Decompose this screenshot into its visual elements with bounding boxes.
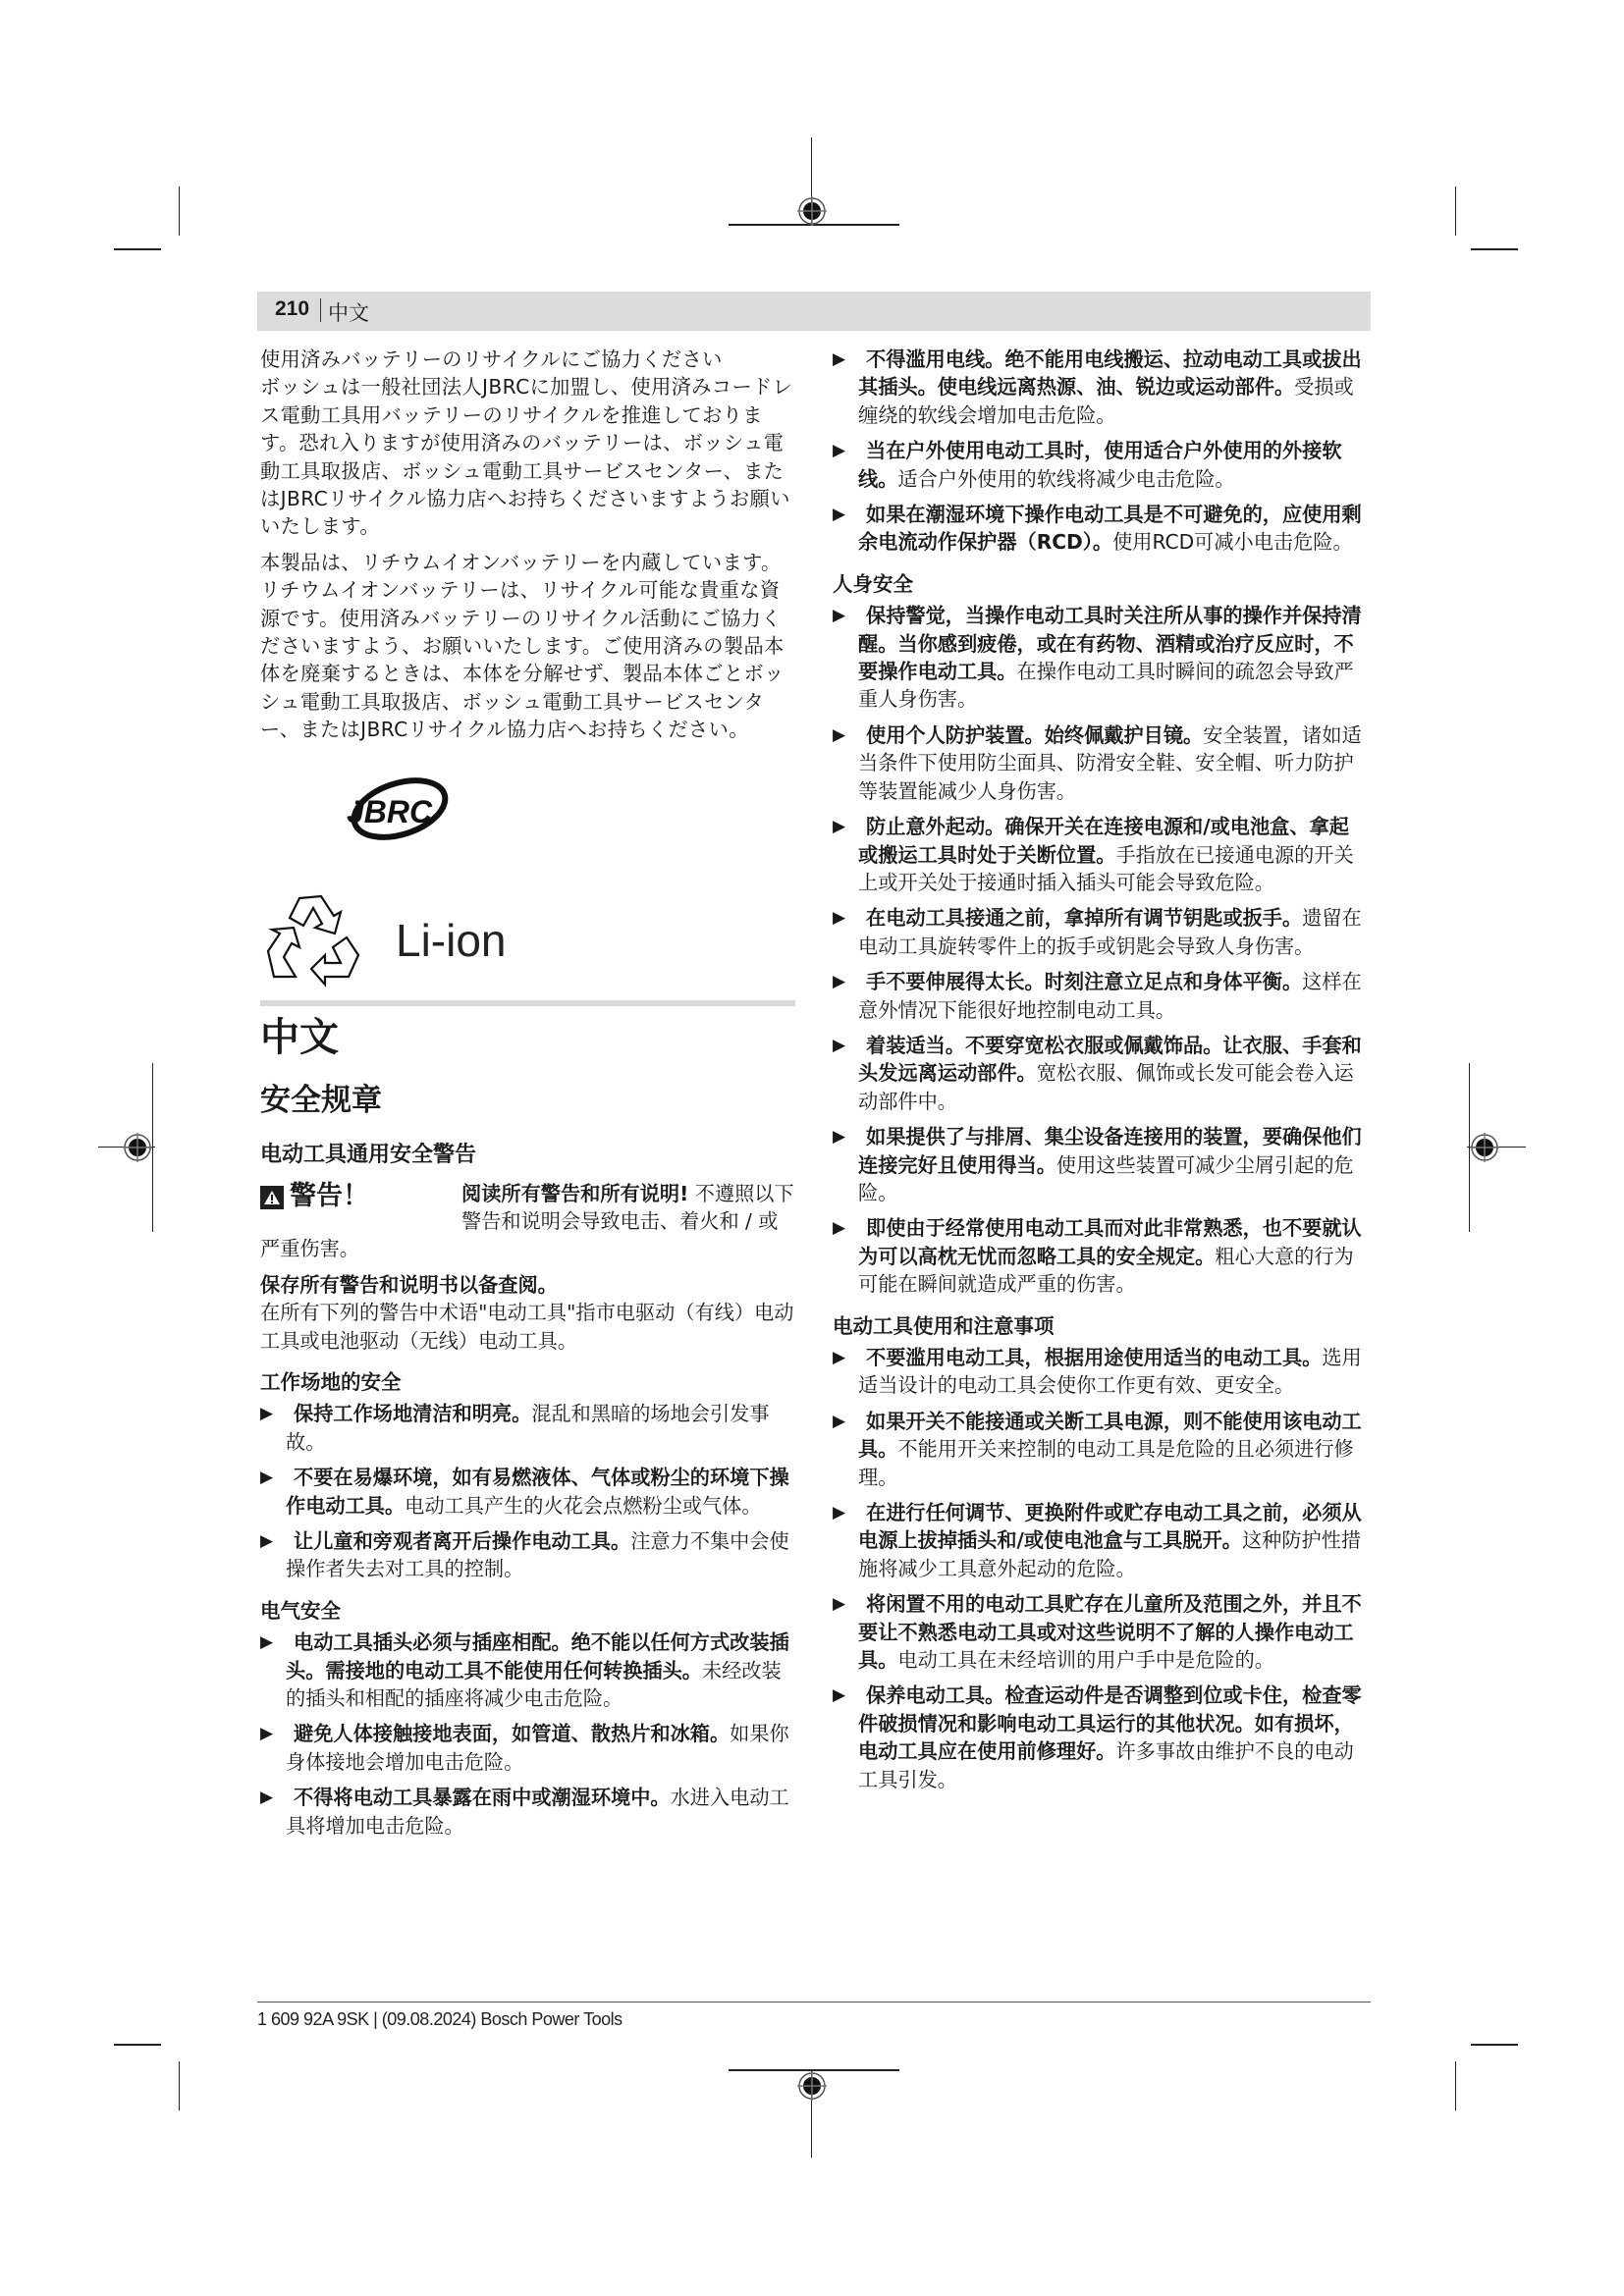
- bullet-arrow-icon: ▶: [260, 1784, 273, 1811]
- general-warnings-heading: 电动工具通用安全警告: [260, 1142, 795, 1169]
- list-item: ▶不得滥用电线。绝不能用电线搬运、拉动电动工具或拔出其插头。使电线远离热源、油、…: [833, 346, 1368, 429]
- bullet-arrow-icon: ▶: [260, 1629, 273, 1656]
- warning-triangle-icon: [260, 1186, 284, 1209]
- bullet-arrow-icon: ▶: [833, 346, 845, 373]
- header-separator: [320, 298, 321, 322]
- registration-target-icon: [797, 196, 827, 226]
- language-heading: 中文: [260, 1012, 795, 1063]
- bullet-arrow-icon: ▶: [833, 1682, 845, 1709]
- bullet-arrow-icon: ▶: [833, 1408, 845, 1435]
- jbrc-logo: JBRC: [329, 775, 457, 844]
- bullet-arrow-icon: ▶: [833, 437, 845, 464]
- section-title-electrical: 电气安全: [260, 1597, 795, 1625]
- list-item: ▶使用个人防护装置。始终佩戴护目镜。安全装置，诸如适当条件下使用防尘面具、防滑安…: [833, 721, 1368, 805]
- warning-bold-text: 阅读所有警告和所有说明!: [461, 1182, 688, 1205]
- list-item: ▶不得将电动工具暴露在雨中或潮湿环境中。水进入电动工具将增加电击危险。: [260, 1784, 795, 1840]
- bullet-arrow-icon: ▶: [833, 1032, 845, 1059]
- bullet-arrow-icon: ▶: [833, 602, 845, 629]
- jp-recycle-heading: 使用済みバッテリーのリサイクルにご協力ください: [260, 346, 795, 373]
- footer-rule: [257, 2002, 1371, 2002]
- list-item: ▶即使由于经常使用电动工具而对此非常熟悉，也不要就认为可以高枕无忧而忽略工具的安…: [833, 1214, 1368, 1298]
- work-area-list: ▶保持工作场地清洁和明亮。混乱和黑暗的场地会引发事故。 ▶不要在易爆环境，如有易…: [260, 1400, 795, 1582]
- list-item: ▶不要在易爆环境，如有易燃液体、气体或粉尘的环境下操作电动工具。电动工具产生的火…: [260, 1464, 795, 1520]
- list-item: ▶不要滥用电动工具，根据用途使用适当的电动工具。选用适当设计的电动工具会使你工作…: [833, 1344, 1368, 1400]
- crop-mark: [114, 2044, 161, 2046]
- li-ion-recycle-mark: Li-ion: [260, 886, 795, 994]
- list-item: ▶在进行任何调节、更换附件或贮存电动工具之前，必须从电源上拔掉插头和/或使电池盒…: [833, 1499, 1368, 1582]
- section-divider: [260, 1000, 795, 1006]
- list-item: ▶让儿童和旁观者离开后操作电动工具。注意力不集中会使操作者失去对工具的控制。: [260, 1527, 795, 1583]
- list-item: ▶电动工具插头必须与插座相配。绝不能以任何方式改装插头。需接地的电动工具不能使用…: [260, 1629, 795, 1712]
- registration-target-icon: [797, 2071, 827, 2101]
- bullet-arrow-icon: ▶: [833, 501, 845, 528]
- bullet-arrow-icon: ▶: [260, 1527, 273, 1555]
- jp-recycle-paragraph-1: ボッシュは一般社団法人JBRCに加盟し、使用済みコードレス電動工具用バッテリーの…: [260, 373, 795, 540]
- left-column: 使用済みバッテリーのリサイクルにご協力ください ボッシュは一般社団法人JBRCに…: [260, 346, 795, 1847]
- bullet-arrow-icon: ▶: [833, 721, 845, 749]
- list-item: ▶保养电动工具。检查运动件是否调整到位或卡住，检查零件破损情况和影响电动工具运行…: [833, 1682, 1368, 1793]
- safety-rules-heading: 安全规章: [260, 1081, 795, 1120]
- recycle-icon: [260, 886, 368, 994]
- svg-text:JBRC: JBRC: [347, 794, 433, 829]
- registration-target-icon: [123, 1133, 152, 1162]
- electrical-safety-list-continued: ▶不得滥用电线。绝不能用电线搬运、拉动电动工具或拔出其插头。使电线远离热源、油、…: [833, 346, 1368, 557]
- crop-mark: [179, 2061, 180, 2110]
- list-item: ▶在电动工具接通之前，拿掉所有调节钥匙或扳手。遗留在电动工具旋转零件上的扳手或钥…: [833, 904, 1368, 960]
- crop-mark: [179, 187, 180, 236]
- section-title-personal-safety: 人身安全: [833, 570, 1368, 598]
- bullet-arrow-icon: ▶: [260, 1464, 273, 1491]
- list-item: ▶当在户外使用电动工具时，使用适合户外使用的外接软线。适合户外使用的软线将减少电…: [833, 437, 1368, 493]
- list-item: ▶避免人体接触接地表面，如管道、散热片和冰箱。如果你身体接地会增加电击危险。: [260, 1720, 795, 1776]
- crop-mark: [1471, 2044, 1518, 2046]
- bullet-arrow-icon: ▶: [833, 1344, 845, 1371]
- warning-block: 警告！ 阅读所有警告和所有说明! 不遵照以下警告和说明会导致电击、着火和 / 或…: [260, 1180, 795, 1263]
- list-item: ▶如果提供了与排屑、集尘设备连接用的装置，要确保他们连接完好且使用得当。使用这些…: [833, 1123, 1368, 1206]
- jp-recycle-paragraph-2: 本製品は、リチウムイオンバッテリーを内蔵しています。リチウムイオンバッテリーは、…: [260, 549, 795, 744]
- page-number: 210: [275, 297, 309, 321]
- personal-safety-list: ▶保持警觉，当操作电动工具时关注所从事的操作并保持清醒。当你感到疲倦，或在有药物…: [833, 602, 1368, 1298]
- bullet-arrow-icon: ▶: [260, 1720, 273, 1747]
- footer-text: 1 609 92A 9SK | (09.08.2024) Bosch Power…: [257, 2009, 623, 2030]
- bullet-arrow-icon: ▶: [833, 1214, 845, 1242]
- list-item: ▶如果开关不能接通或关断工具电源，则不能使用该电动工具。不能用开关来控制的电动工…: [833, 1408, 1368, 1491]
- list-item: ▶防止意外起动。确保开关在连接电源和/或电池盒、拿起或搬运工具时处于关断位置。手…: [833, 813, 1368, 896]
- term-definition-text: 在所有下列的警告中术语"电动工具"指市电驱动（有线）电动工具或电池驱动（无线）电…: [260, 1299, 795, 1355]
- bullet-arrow-icon: ▶: [833, 1499, 845, 1526]
- section-title-work-area: 工作场地的安全: [260, 1368, 795, 1396]
- registration-target-icon: [1470, 1133, 1499, 1162]
- right-column: ▶不得滥用电线。绝不能用电线搬运、拉动电动工具或拔出其插头。使电线远离热源、油、…: [833, 346, 1368, 1801]
- bullet-arrow-icon: ▶: [833, 904, 845, 932]
- list-item: ▶如果在潮湿环境下操作电动工具是不可避免的，应使用剩余电流动作保护器（RCD）。…: [833, 501, 1368, 557]
- crop-mark: [114, 248, 161, 250]
- bullet-arrow-icon: ▶: [833, 968, 845, 995]
- li-ion-label: Li-ion: [396, 927, 507, 954]
- section-title-tool-use: 电动工具使用和注意事项: [833, 1312, 1368, 1340]
- bullet-arrow-icon: ▶: [833, 813, 845, 840]
- bullet-arrow-icon: ▶: [833, 1590, 845, 1618]
- crop-mark: [1455, 2061, 1456, 2110]
- warning-label: 警告！: [260, 1180, 461, 1215]
- tool-use-list: ▶不要滥用电动工具，根据用途使用适当的电动工具。选用适当设计的电动工具会使你工作…: [833, 1344, 1368, 1793]
- bullet-arrow-icon: ▶: [833, 1123, 845, 1150]
- keep-instructions-text: 保存所有警告和说明书以备查阅。: [260, 1271, 795, 1299]
- crop-mark: [1455, 187, 1456, 236]
- page-header: 210 中文: [257, 292, 1371, 331]
- header-language: 中文: [328, 297, 369, 327]
- list-item: ▶将闲置不用的电动工具贮存在儿童所及范围之外，并且不要让不熟悉电动工具或对这些说…: [833, 1590, 1368, 1674]
- electrical-safety-list: ▶电动工具插头必须与插座相配。绝不能以任何方式改装插头。需接地的电动工具不能使用…: [260, 1629, 795, 1840]
- crop-mark: [152, 1063, 153, 1232]
- list-item: ▶着装适当。不要穿宽松衣服或佩戴饰品。让衣服、手套和头发远离运动部件。宽松衣服、…: [833, 1032, 1368, 1115]
- bullet-arrow-icon: ▶: [260, 1400, 273, 1427]
- list-item: ▶保持警觉，当操作电动工具时关注所从事的操作并保持清醒。当你感到疲倦，或在有药物…: [833, 602, 1368, 714]
- list-item: ▶手不要伸展得太长。时刻注意立足点和身体平衡。这样在意外情况下能很好地控制电动工…: [833, 968, 1368, 1024]
- list-item: ▶保持工作场地清洁和明亮。混乱和黑暗的场地会引发事故。: [260, 1400, 795, 1456]
- crop-mark: [1471, 248, 1518, 250]
